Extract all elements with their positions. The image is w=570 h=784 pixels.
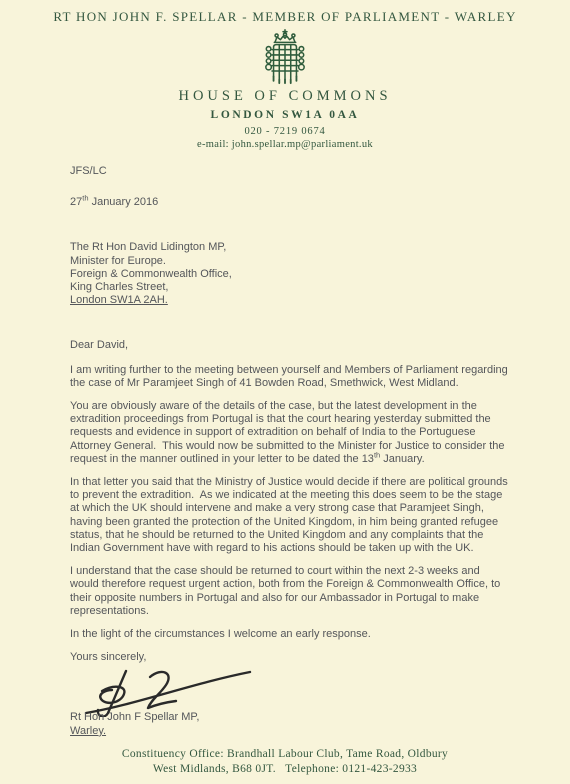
recipient-line: The Rt Hon David Lidington MP, xyxy=(70,241,510,254)
sender-constituency: Warley. xyxy=(70,725,510,738)
letter-date: 27th January 2016 xyxy=(70,196,510,209)
letterhead-title: RT HON JOHN F. SPELLAR - MEMBER OF PARLI… xyxy=(0,9,570,24)
paragraph-2-text: You are obviously aware of the details o… xyxy=(70,400,505,465)
email-address: e-mail: john.spellar.mp@parliament.uk xyxy=(0,139,570,151)
reference-code: JFS/LC xyxy=(70,165,510,178)
recipient-line: Foreign & Commonwealth Office, xyxy=(70,268,510,281)
body-paragraph-1: I am writing further to the meeting betw… xyxy=(70,364,510,390)
institution-name: HOUSE OF COMMONS xyxy=(0,88,570,105)
handwritten-signature-icon xyxy=(74,667,264,717)
recipient-line: Minister for Europe. xyxy=(70,255,510,268)
footer-line-1: Constituency Office: Brandhall Labour Cl… xyxy=(0,747,570,762)
recipient-address: The Rt Hon David Lidington MP, Minister … xyxy=(70,241,510,307)
paragraph-2-text-end: January. xyxy=(380,453,424,465)
phone-number: 020 - 7219 0674 xyxy=(0,126,570,138)
body-paragraph-5: In the light of the circumstances I welc… xyxy=(70,628,510,641)
recipient-line: King Charles Street, xyxy=(70,281,510,294)
institution-address: LONDON SW1A 0AA xyxy=(0,108,570,122)
crowned-portcullis-icon xyxy=(262,29,308,87)
footer-line-2: West Midlands, B68 0JT. Telephone: 0121-… xyxy=(0,762,570,777)
sender-name: Rt Hon John F Spellar MP, xyxy=(70,711,510,724)
footer: Constituency Office: Brandhall Labour Cl… xyxy=(0,747,570,777)
body-paragraph-2: You are obviously aware of the details o… xyxy=(70,400,510,466)
date-day: 27 xyxy=(70,196,82,208)
date-rest: January 2016 xyxy=(89,196,159,208)
letter-body: JFS/LC 27th January 2016 The Rt Hon Davi… xyxy=(70,165,510,738)
letterhead: RT HON JOHN F. SPELLAR - MEMBER OF PARLI… xyxy=(0,0,570,151)
salutation: Dear David, xyxy=(70,339,510,352)
recipient-line-underlined: London SW1A 2AH. xyxy=(70,294,510,307)
body-paragraph-4: I understand that the case should be ret… xyxy=(70,565,510,618)
body-paragraph-3: In that letter you said that the Ministr… xyxy=(70,476,510,555)
letter-page: RT HON JOHN F. SPELLAR - MEMBER OF PARLI… xyxy=(0,0,570,784)
valediction: Yours sincerely, xyxy=(70,651,510,664)
